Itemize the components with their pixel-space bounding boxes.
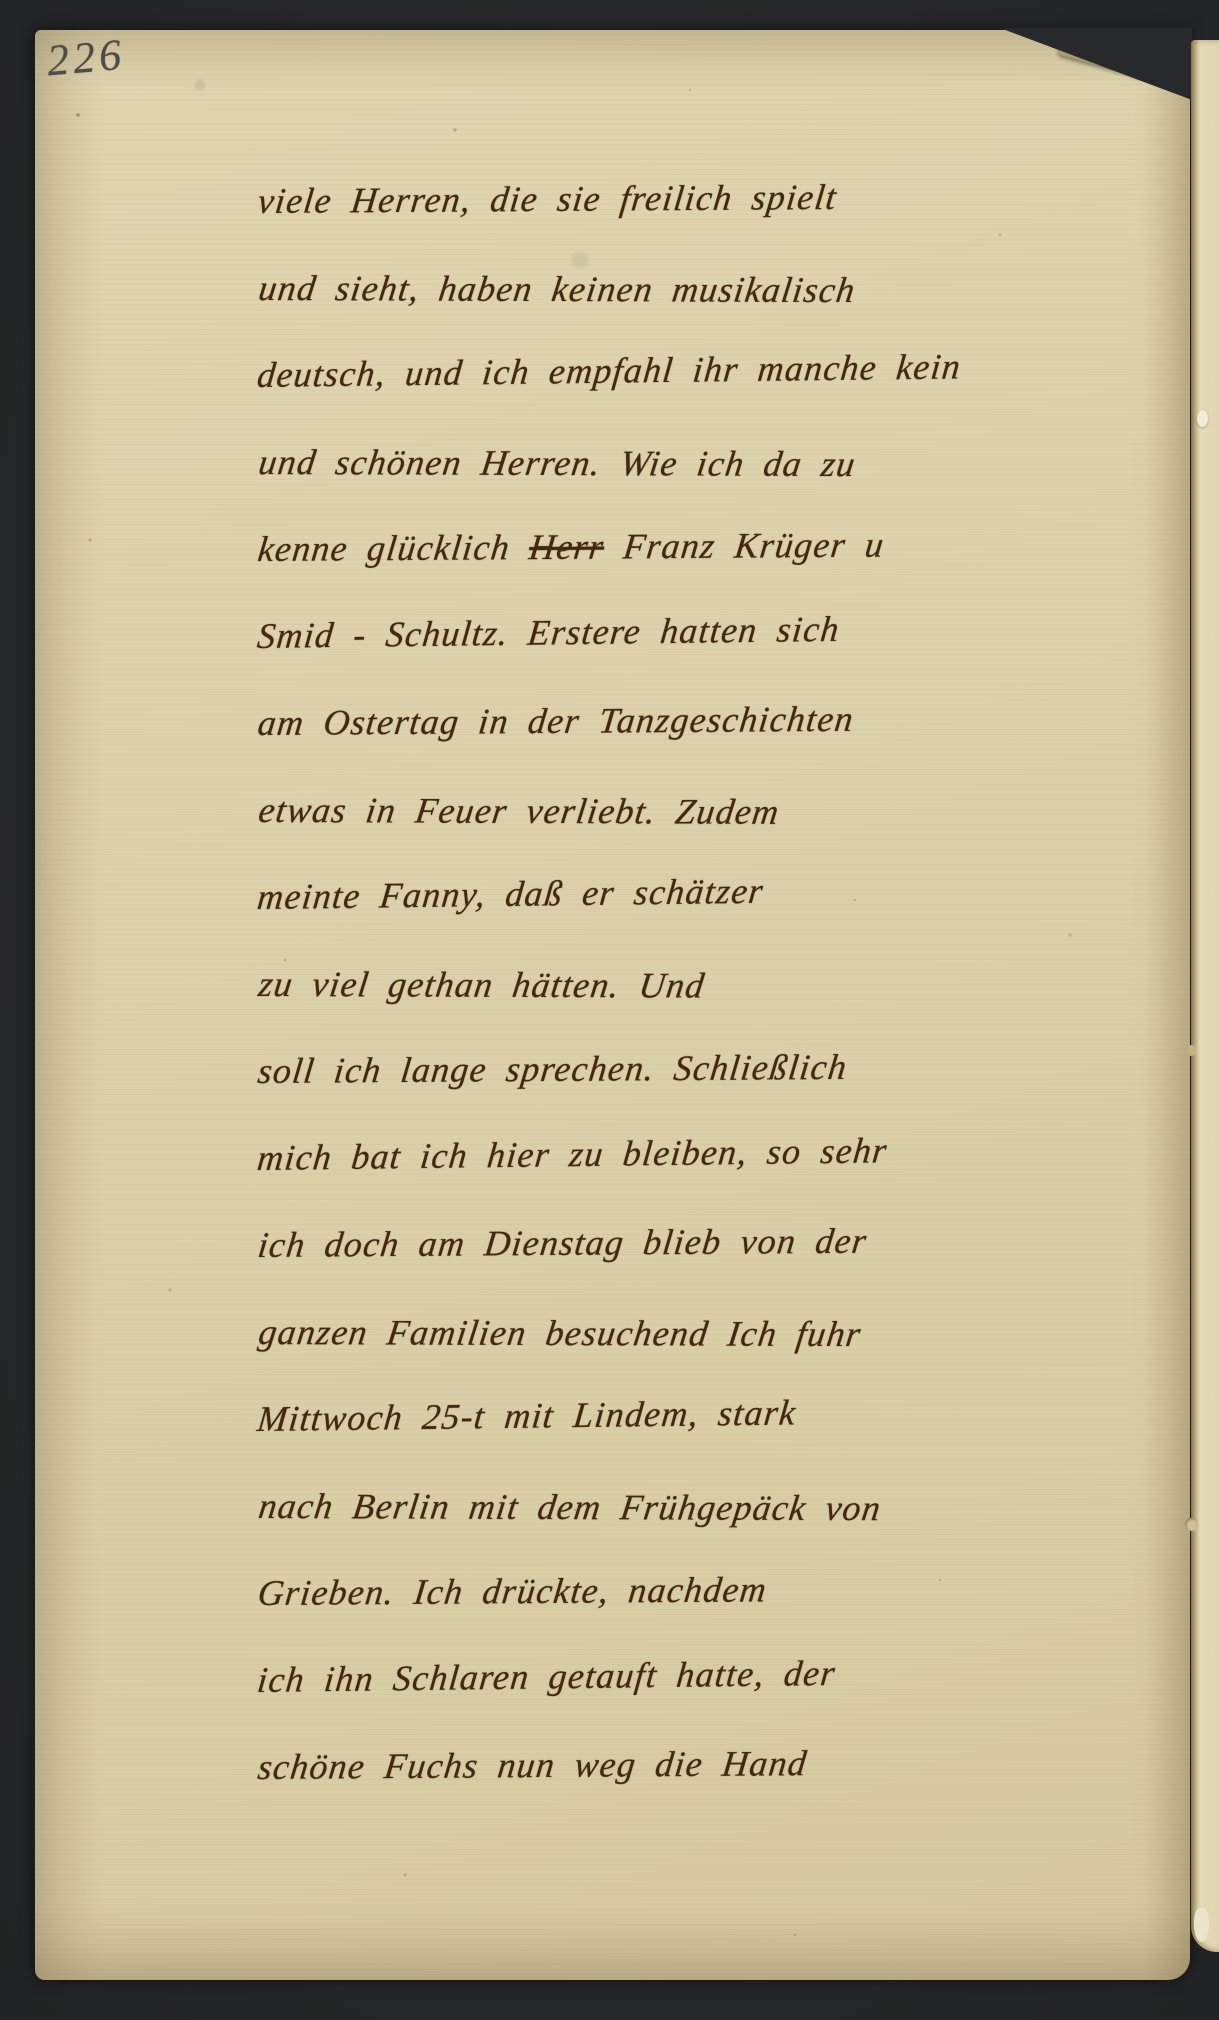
manuscript-line-12: mich bat ich hier zu bleiben, so sehr bbox=[253, 1106, 963, 1202]
manuscript-text: viele Herren, die sie freilich spielt un… bbox=[253, 158, 953, 1811]
manuscript-line-1: viele Herren, die sie freilich spielt bbox=[253, 153, 964, 245]
manuscript-line-6: Smid - Schultz. Erstere hatten sich bbox=[253, 584, 963, 680]
manuscript-line-7: am Ostertag in der Tanzgeschichten bbox=[253, 675, 964, 767]
manuscript-line-8: etwas in Feuer verliebt. Zudem bbox=[253, 767, 964, 856]
manuscript-line-4: und schönen Herren. Wie ich da zu bbox=[253, 419, 964, 508]
paper-chip bbox=[1197, 410, 1208, 427]
manuscript-line-16: nach Berlin mit dem Frühgepäck von bbox=[253, 1463, 964, 1552]
manuscript-line-9: meinte Fanny, daß er schätzer bbox=[253, 845, 963, 941]
underlying-page-edge bbox=[1191, 40, 1219, 1952]
manuscript-line-18: ich ihn Schlaren getauft hatte, der bbox=[253, 1628, 963, 1724]
paper-chip bbox=[1194, 1908, 1209, 1942]
page-number: 226 bbox=[45, 29, 127, 87]
manuscript-line-15: Mittwoch 25-t mit Lindem, stark bbox=[253, 1367, 963, 1463]
line-5-pre: kenne glücklich bbox=[256, 527, 532, 569]
manuscript-line-17: Grieben. Ich drückte, nachdem bbox=[253, 1545, 964, 1637]
manuscript-line-2: und sieht, haben keinen musikalisch bbox=[253, 245, 964, 334]
manuscript-line-5: kenne glücklich Herr Franz Krüger u bbox=[253, 501, 964, 593]
manuscript-line-10: zu viel gethan hätten. Und bbox=[253, 941, 964, 1030]
manuscript-page: 226 viele Herren, die sie freilich spiel… bbox=[35, 30, 1190, 1980]
paper-notch bbox=[1187, 1045, 1196, 1056]
manuscript-line-13: ich doch am Dienstag blieb von der bbox=[253, 1197, 964, 1289]
manuscript-line-3: deutsch, und ich empfahl ihr manche kein bbox=[253, 323, 963, 419]
manuscript-line-11: soll ich lange sprechen. Schließlich bbox=[253, 1023, 964, 1115]
line-5-struck-word: Herr bbox=[527, 527, 606, 568]
line-5-post: Franz Krüger u bbox=[602, 525, 887, 567]
manuscript-line-19: schöne Fuchs nun weg die Hand bbox=[253, 1719, 964, 1811]
manuscript-line-14: ganzen Familien besuchend Ich fuhr bbox=[253, 1289, 964, 1378]
paper-notch bbox=[1185, 1518, 1198, 1531]
